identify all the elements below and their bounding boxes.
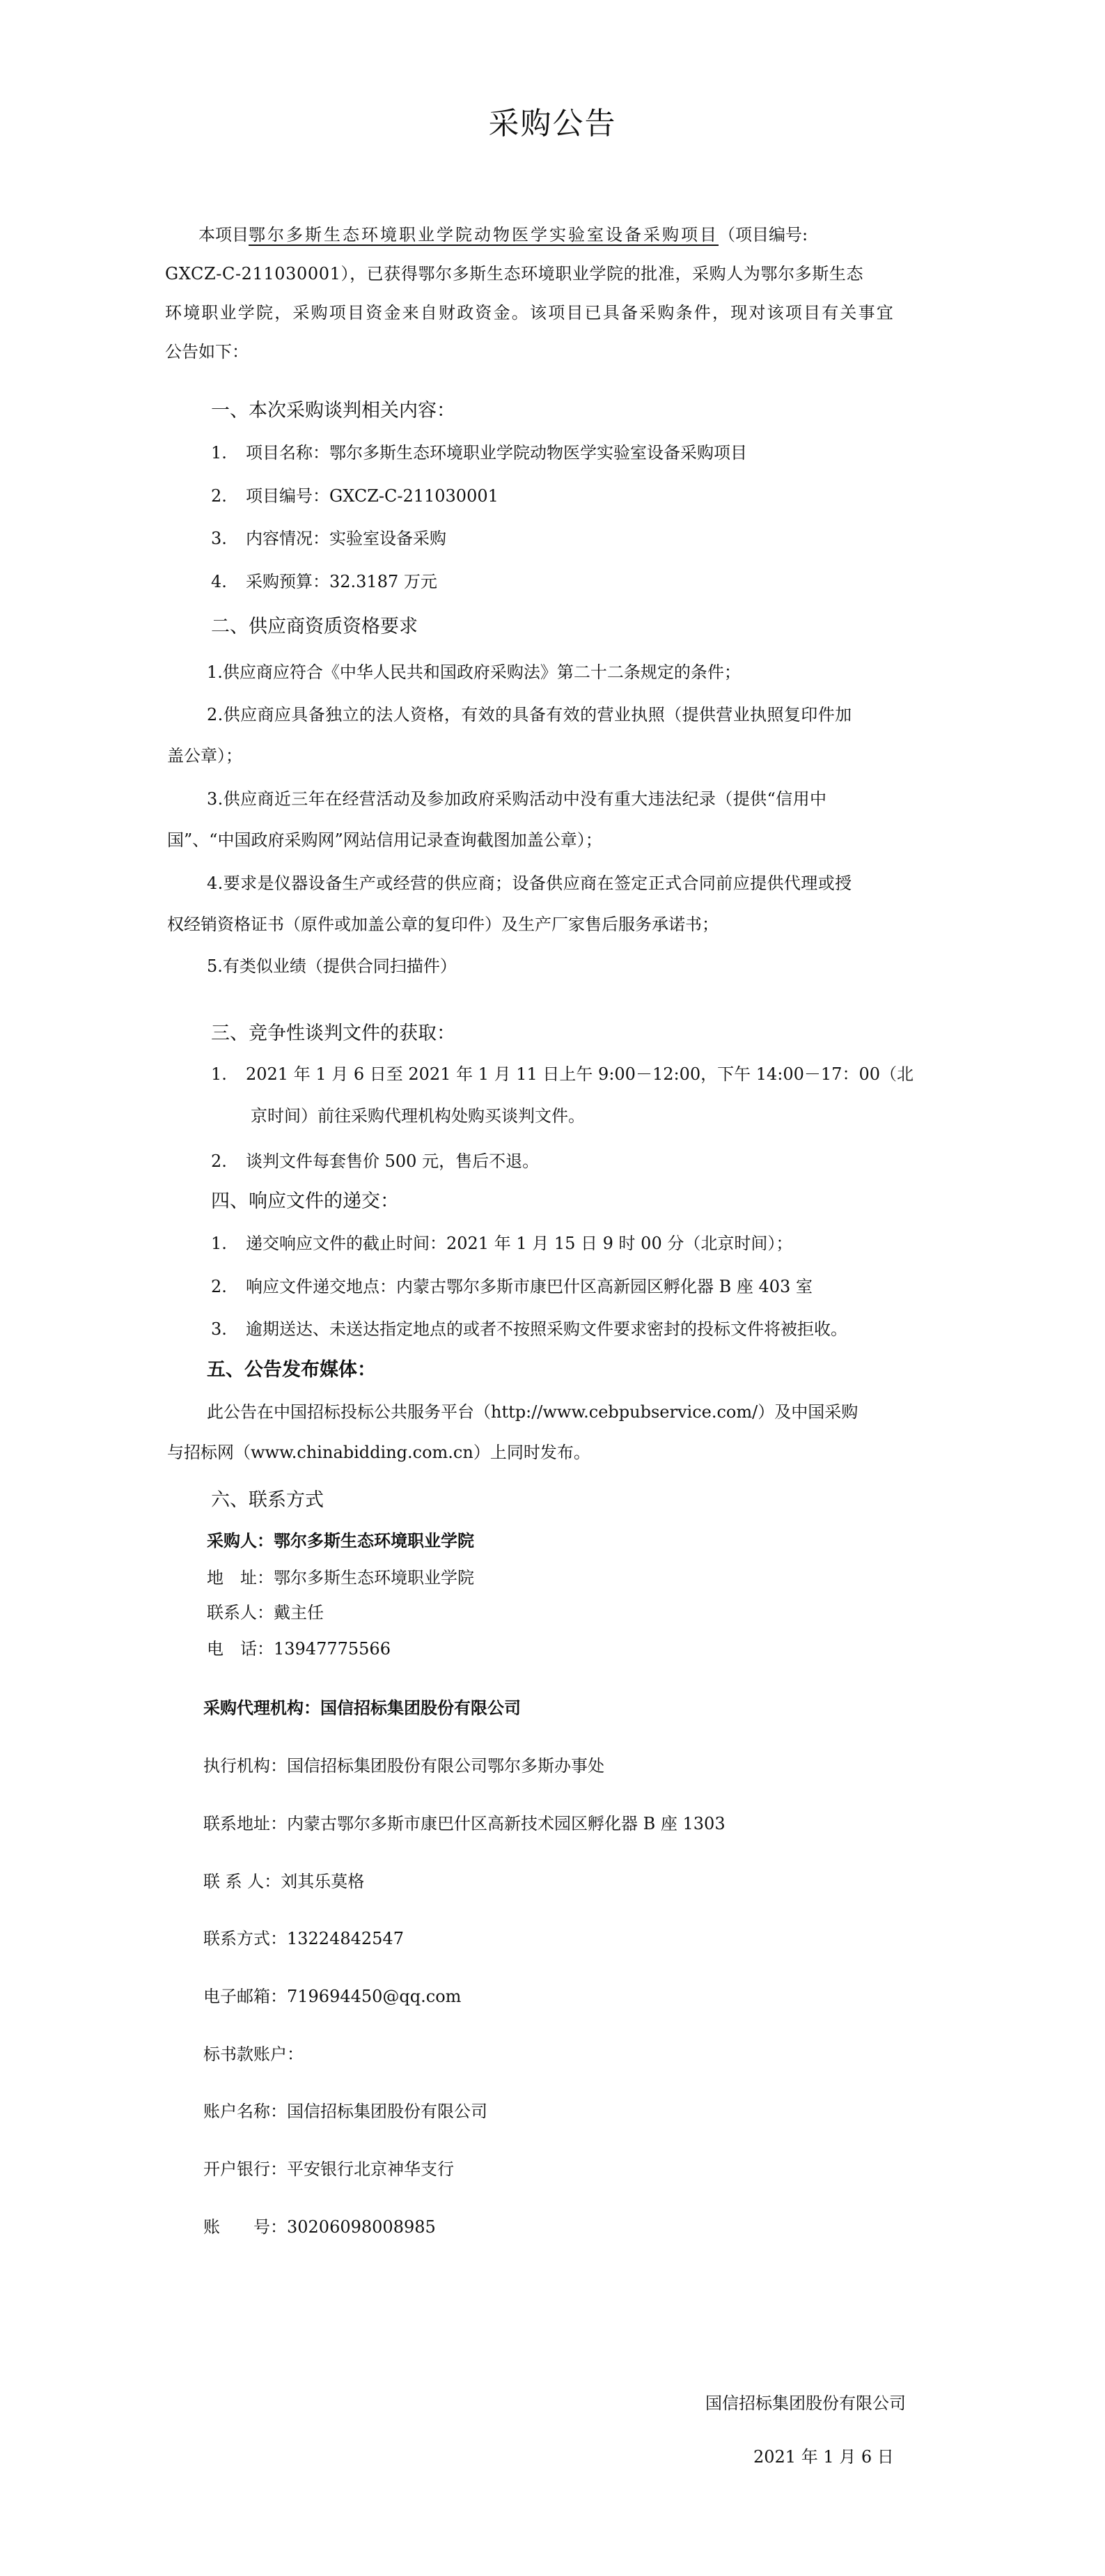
bank-name: 开户银行：平安银行北京神华支行 [203,2159,454,2180]
bid-fee-account-label: 标书款账户： [203,2044,304,2065]
item-number: 2. [211,486,246,506]
section1-item: 2.项目编号：GXCZ-C-211030001 [211,486,499,506]
item-text: 逾期送达、未送达指定地点的或者不按照采购文件要求密封的投标文件将被拒收。 [246,1319,847,1339]
section2-item-line: 5.有类似业绩（提供合同扫描件） [207,956,457,977]
section3-item: 1.2021 年 1 月 6 日至 2021 年 1 月 11 日上午 9:00… [211,1064,914,1085]
section1-item: 3.内容情况：实验室设备采购 [211,528,446,549]
item-text: 谈判文件每套售价 500 元，售后不退。 [246,1151,539,1171]
intro-line-2: GXCZ-C-211030001），已获得鄂尔多斯生态环境职业学院的批准，采购人… [165,263,863,284]
section1-heading: 一、本次采购谈判相关内容： [211,399,455,423]
signature-date: 2021 年 1 月 6 日 [753,2446,894,2467]
item-number: 1. [211,1233,246,1254]
agency-address: 联系地址：内蒙古鄂尔多斯市康巴什区高新技术园区孵化器 B 座 1303 [203,1813,726,1834]
account-number: 账 号：30206098008985 [203,2217,436,2237]
section5-line-1: 此公告在中国招标投标公共服务平台（http://www.cebpubservic… [207,1402,858,1422]
agency-phone: 联系方式：13224842547 [203,1928,404,1949]
purchaser-contact: 联系人：戴主任 [207,1602,324,1623]
section1-item: 4.采购预算：32.3187 万元 [211,571,437,592]
item-text: 采购预算：32.3187 万元 [246,572,437,591]
intro-line-1: 本项目鄂尔多斯生态环境职业学院动物医学实验室设备采购项目（项目编号: [198,224,808,245]
item-text: 内容情况：实验室设备采购 [246,529,446,548]
page-title: 采购公告 [0,104,1105,143]
section3-heading: 三、竞争性谈判文件的获取： [211,1022,455,1046]
agency-row: 采购代理机构：国信招标集团股份有限公司 [203,1698,521,1718]
signature-company: 国信招标集团股份有限公司 [705,2393,906,2414]
section3-item-continuation: 京时间）前往采购代理机构处购买谈判文件。 [251,1105,585,1126]
section4-heading: 四、响应文件的递交： [211,1190,399,1213]
item-number: 4. [211,571,246,592]
section3-item: 2.谈判文件每套售价 500 元，售后不退。 [211,1151,539,1172]
section6-heading: 六、联系方式 [211,1489,324,1512]
item-text: 项目名称：鄂尔多斯生态环境职业学院动物医学实验室设备采购项目 [246,443,747,463]
item-text: 递交响应文件的截止时间：2021 年 1 月 15 日 9 时 00 分（北京时… [246,1234,792,1253]
purchaser-address: 地 址：鄂尔多斯生态环境职业学院 [207,1567,474,1588]
section2-item-line: 盖公章）； [167,745,242,766]
section2-item-line: 国”、“中国政府采购网”网站信用记录查询截图加盖公章）； [167,830,602,851]
agency-name: 国信招标集团股份有限公司 [320,1698,521,1718]
project-name-underlined: 鄂尔多斯生态环境职业学院动物医学实验室设备采购项目 [249,225,719,245]
section2-item-line: 3.供应商近三年在经营活动及参加政府采购活动中没有重大违法纪录（提供“信用中 [207,789,826,809]
item-number: 2. [211,1276,246,1297]
item-text: 响应文件递交地点：内蒙古鄂尔多斯市康巴什区高新园区孵化器 B 座 403 室 [246,1277,813,1296]
section5-line-2: 与招标网（www.chinabidding.com.cn）上同时发布。 [167,1442,590,1463]
agency-executor: 执行机构：国信招标集团股份有限公司鄂尔多斯办事处 [203,1755,604,1776]
agency-email: 电子邮箱：719694450@qq.com [203,1986,461,2007]
item-number: 1. [211,1064,246,1085]
item-text: 项目编号：GXCZ-C-211030001 [246,486,499,506]
intro-line-3: 环境职业学院，采购项目资金来自财政资金。该项目已具备采购条件，现对该项目有关事宜 [165,302,895,323]
item-number: 1. [211,442,246,463]
section4-item: 2.响应文件递交地点：内蒙古鄂尔多斯市康巴什区高新园区孵化器 B 座 403 室 [211,1276,813,1297]
section2-heading: 二、供应商资质资格要求 [211,615,418,639]
item-text: 2021 年 1 月 6 日至 2021 年 1 月 11 日上午 9:00－1… [246,1064,914,1084]
section4-item: 3.逾期送达、未送达指定地点的或者不按照采购文件要求密封的投标文件将被拒收。 [211,1319,847,1340]
agency-label: 采购代理机构： [203,1698,320,1718]
item-number: 3. [211,528,246,549]
section2-item-line: 权经销资格证书（原件或加盖公章的复印件）及生产厂家售后服务承诺书； [167,914,719,935]
purchaser-row: 采购人：鄂尔多斯生态环境职业学院 [207,1530,474,1551]
intro-prefix: 本项目 [198,225,249,245]
intro-suffix: （项目编号: [719,225,808,245]
section2-item-line: 1.供应商应符合《中华人民共和国政府采购法》第二十二条规定的条件； [207,662,741,683]
purchaser-phone: 电 话：13947775566 [207,1638,391,1659]
purchaser-name: 鄂尔多斯生态环境职业学院 [274,1530,474,1551]
section2-item-line: 4.要求是仪器设备生产或经营的供应商；设备供应商在签定正式合同前应提供代理或授 [207,873,852,894]
intro-line-4: 公告如下： [165,341,249,362]
section1-item: 1.项目名称：鄂尔多斯生态环境职业学院动物医学实验室设备采购项目 [211,442,747,463]
agency-contact: 联 系 人：刘其乐莫格 [203,1871,364,1892]
section2-item-line: 2.供应商应具备独立的法人资格，有效的具备有效的营业执照（提供营业执照复印件加 [207,704,852,725]
item-number: 3. [211,1319,246,1340]
purchaser-label: 采购人： [207,1530,274,1551]
section4-item: 1.递交响应文件的截止时间：2021 年 1 月 15 日 9 时 00 分（北… [211,1233,792,1254]
section5-heading: 五、公告发布媒体： [207,1358,376,1382]
item-number: 2. [211,1151,246,1172]
account-name: 账户名称：国信招标集团股份有限公司 [203,2101,487,2122]
